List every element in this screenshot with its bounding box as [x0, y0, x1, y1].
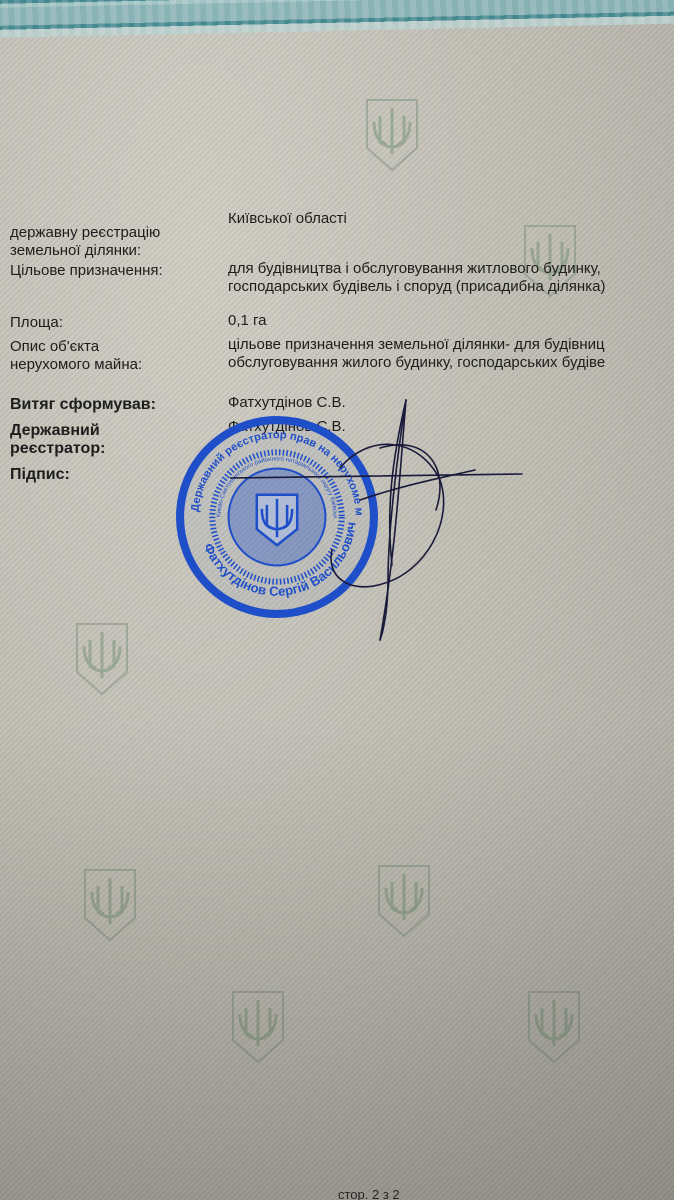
photo-shading — [0, 0, 674, 1200]
